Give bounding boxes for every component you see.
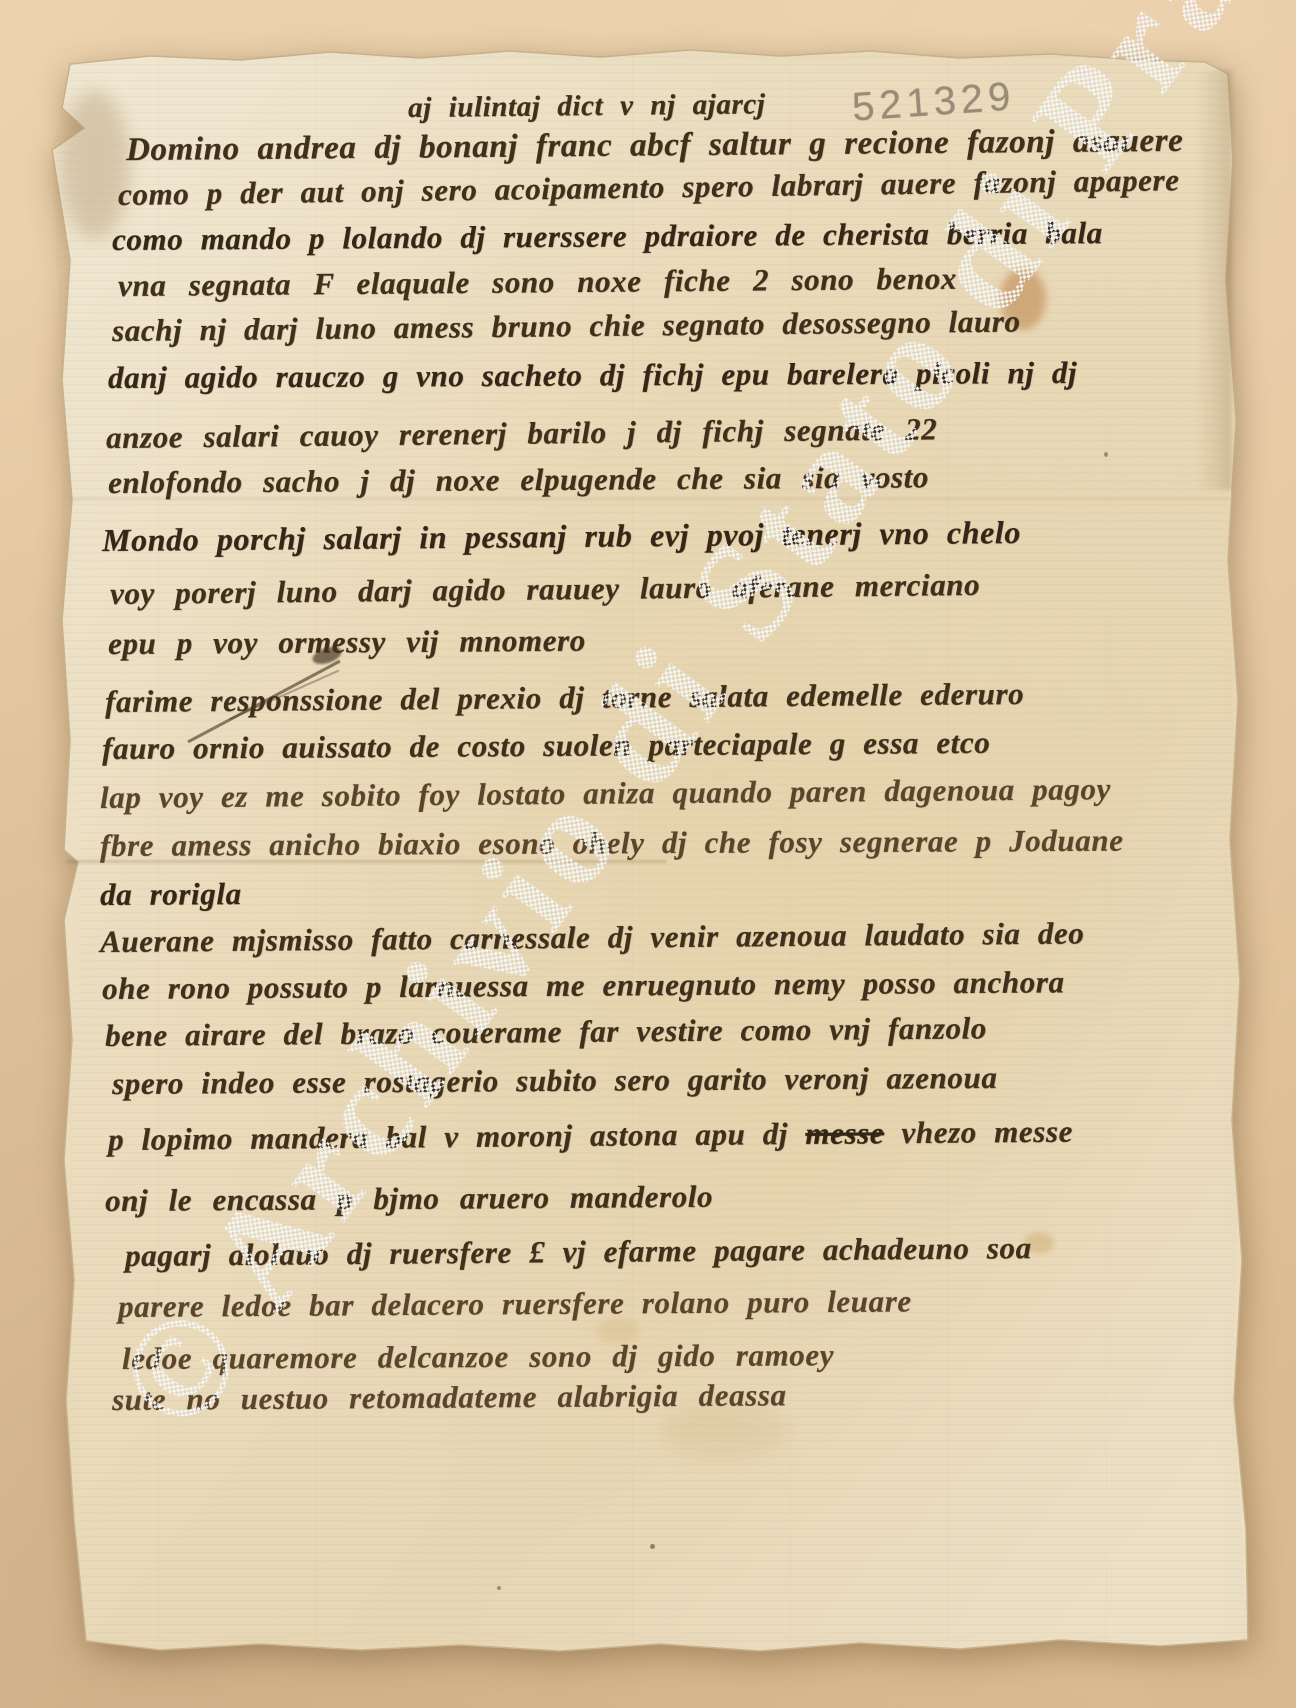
manuscript-line: fauro ornio auissato de costo suolen par… <box>102 725 991 767</box>
manuscript-line: ohe rono possuto p larnuessa me enruegnu… <box>102 964 1065 1007</box>
manuscript-line: fbre amess anicho biaxio esono ohely dj … <box>100 823 1124 864</box>
line-segment: vhezo messe <box>884 1114 1073 1151</box>
manuscript-header: aj iulintaj dict v nj ajarcj <box>408 88 766 125</box>
manuscript-line: epu p voy ormessy vij mnomero <box>108 623 586 662</box>
manuscript-line: bene airare del brazo couerame far vesti… <box>105 1010 987 1054</box>
manuscript-line: danj agido rauczo g vno sacheto dj fichj… <box>108 355 1077 396</box>
manuscript-scan: aj iulintaj dict v nj ajarcj Domino andr… <box>0 0 1296 1708</box>
manuscript-line: sute no uestuo retomadateme alabrigia de… <box>112 1377 787 1418</box>
manuscript-line: como mando p lolando dj ruerssere pdraio… <box>112 215 1103 258</box>
line-segment: p lopimo mandera bal v moronj astona apu… <box>108 1116 806 1157</box>
manuscript-line: da rorigla <box>100 876 242 913</box>
manuscript-line: spero indeo esse rostagerio subito sero … <box>112 1060 998 1102</box>
manuscript-line: parere ledoe bar delacero ruersfere rola… <box>118 1283 912 1325</box>
manuscript-line: onj le encassa p bjmo aruero manderolo <box>105 1179 713 1219</box>
manuscript-line: vna segnata F elaquale sono noxe fiche 2… <box>118 261 957 304</box>
manuscript-line: enlofondo sacho j dj noxe elpugende che … <box>108 459 929 501</box>
manuscript-line: ledoe quaremore delcanzoe sono dj gido r… <box>122 1337 834 1377</box>
struck-word: messe <box>805 1115 884 1151</box>
